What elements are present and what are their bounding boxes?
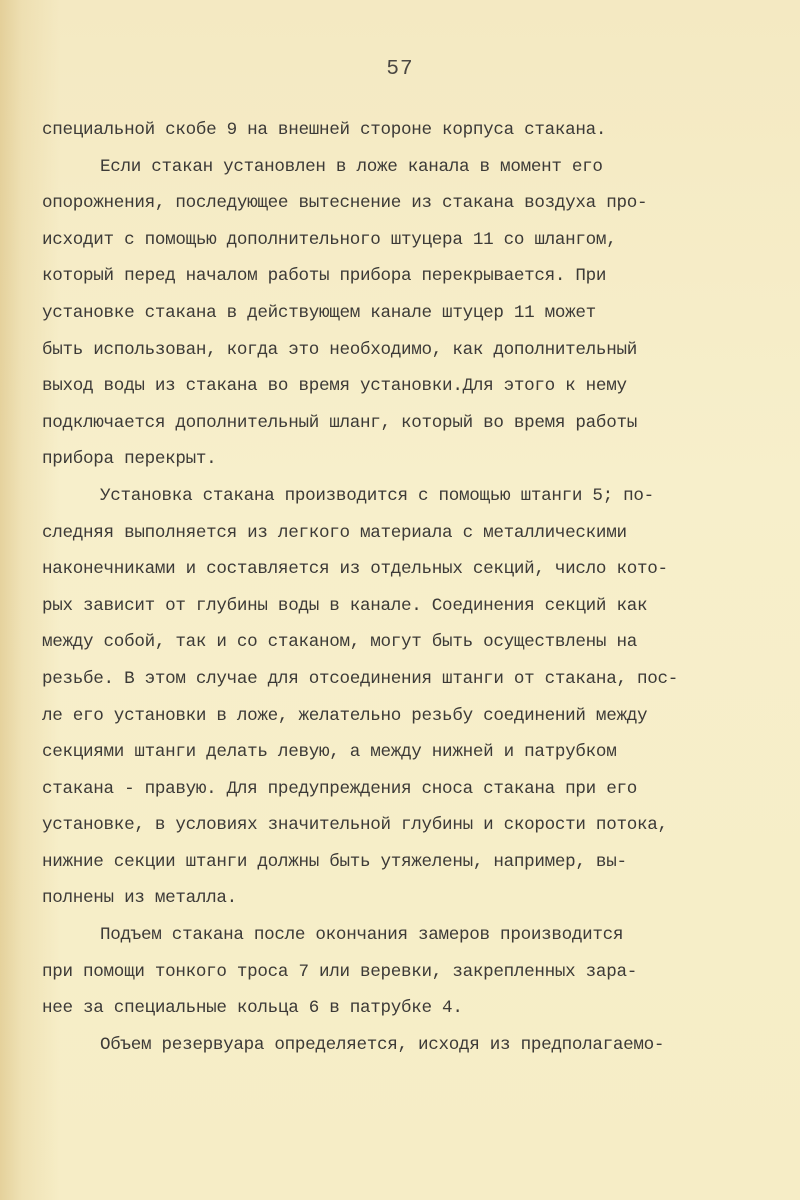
text-line: наконечниками и составляется из отдельны… <box>42 551 762 588</box>
text-line: при помощи тонкого троса 7 или веревки, … <box>42 954 762 991</box>
page-number: 57 <box>0 58 800 81</box>
document-page: 57 специальной скобе 9 на внешней сторон… <box>0 0 800 1200</box>
text-line: быть использован, когда это необходимо, … <box>42 332 762 369</box>
text-line: следняя выполняется из легкого материала… <box>42 515 762 552</box>
text-line: нижние секции штанги должны быть утяжеле… <box>42 844 762 881</box>
text-line: ле его установки в ложе, желательно резь… <box>42 698 762 735</box>
text-line: прибора перекрыт. <box>42 441 762 478</box>
text-line: установке стакана в действующем канале ш… <box>42 295 762 332</box>
body-text: специальной скобе 9 на внешней стороне к… <box>42 112 762 1063</box>
text-line: рых зависит от глубины воды в канале. Со… <box>42 588 762 625</box>
text-line: исходит с помощью дополнительного штуцер… <box>42 222 762 259</box>
text-line: Если стакан установлен в ложе канала в м… <box>42 149 762 186</box>
text-line: Подъем стакана после окончания замеров п… <box>42 917 762 954</box>
text-line: установке, в условиях значительной глуби… <box>42 807 762 844</box>
text-line: опорожнения, последующее вытеснение из с… <box>42 185 762 222</box>
text-line: Установка стакана производится с помощью… <box>42 478 762 515</box>
text-line: между собой, так и со стаканом, могут бы… <box>42 624 762 661</box>
text-line: Объем резервуара определяется, исходя из… <box>42 1027 762 1064</box>
text-line: подключается дополнительный шланг, котор… <box>42 405 762 442</box>
text-line: резьбе. В этом случае для отсоединения ш… <box>42 661 762 698</box>
text-line: стакана - правую. Для предупреждения сно… <box>42 771 762 808</box>
text-line: выход воды из стакана во время установки… <box>42 368 762 405</box>
text-line: который перед началом работы прибора пер… <box>42 258 762 295</box>
text-line: специальной скобе 9 на внешней стороне к… <box>42 112 762 149</box>
text-line: полнены из металла. <box>42 880 762 917</box>
text-line: секциями штанги делать левую, а между ни… <box>42 734 762 771</box>
text-line: нее за специальные кольца 6 в патрубке 4… <box>42 990 762 1027</box>
